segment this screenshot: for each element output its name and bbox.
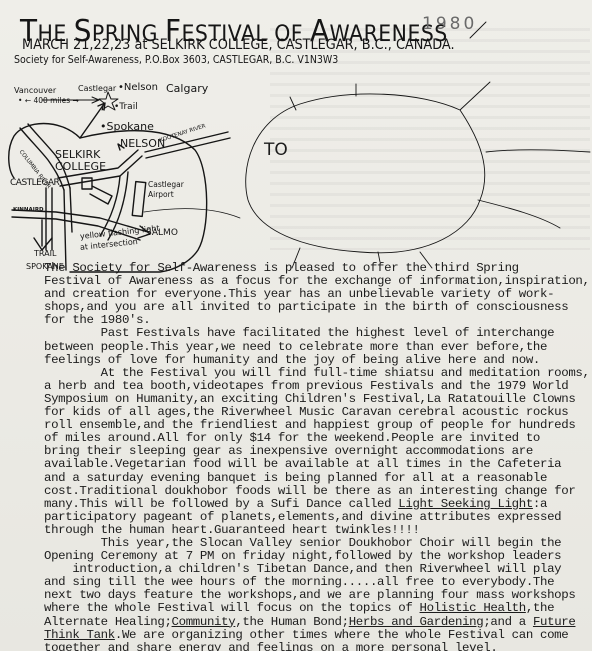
text-segment: available.Vegetarian food will be availa… bbox=[44, 457, 561, 471]
text-segment: next two days feature the workshops,and … bbox=[44, 588, 575, 602]
text-segment: together and share energy and feelings o… bbox=[44, 641, 497, 651]
map-label-spokane-inset: •Spokane bbox=[100, 120, 154, 133]
text-segment: and creation for everyone.This year has … bbox=[44, 287, 554, 301]
text-segment: roll ensemble,and the friendliest and ha… bbox=[44, 418, 575, 432]
underlined-title: Herbs and Gardening bbox=[349, 615, 484, 629]
text-segment: cost.Traditional doukhobor foods will be… bbox=[44, 484, 575, 498]
map-label-castlegar-inset: Castlegar bbox=[78, 84, 116, 93]
text-segment: Symposium on Humanity,an exciting Childr… bbox=[44, 392, 575, 406]
underlined-title: Holistic Health bbox=[420, 601, 526, 615]
text-segment: This year,the Slocan Valley senior Doukh… bbox=[44, 536, 561, 550]
map-label-trail-inset: •Trail bbox=[114, 102, 138, 112]
underlined-title: Think Tank bbox=[44, 628, 115, 642]
text-segment: shops,and you are all invited to partici… bbox=[44, 300, 568, 314]
map-label-kinnaird: KINNAIRD bbox=[13, 207, 44, 213]
text-segment: Festival of Awareness as a focus for the… bbox=[44, 274, 590, 288]
map-label-vancouver: Vancouver bbox=[14, 86, 56, 95]
underlined-title: Future bbox=[533, 615, 576, 629]
text-segment: of miles around.All for only $14 for the… bbox=[44, 431, 540, 445]
text-segment: introduction,a children's Tibetan Dance,… bbox=[44, 562, 561, 576]
map-label-castlegar: CASTLEGAR bbox=[10, 178, 59, 188]
map-label-trail: TRAIL bbox=[34, 249, 56, 258]
text-segment: ;and a bbox=[483, 615, 533, 629]
text-segment: Past Festivals have facilitated the high… bbox=[44, 326, 554, 340]
text-segment: ,the Human Bond; bbox=[235, 615, 348, 629]
map-label-distance: • ← 400 miles → bbox=[18, 96, 79, 105]
text-segment: .We are organizing other times where the… bbox=[115, 628, 568, 642]
text-segment: feelings of love for humanity and the jo… bbox=[44, 353, 540, 367]
map-label-airport-1: Castlegar bbox=[148, 180, 184, 189]
flyer-body-text: The Society for Self-Awareness is please… bbox=[44, 262, 592, 651]
text-segment: Opening Ceremony at 7 PM on friday night… bbox=[44, 549, 561, 563]
address-to-label: TO bbox=[264, 140, 288, 160]
text-segment: participatory pageant of planets,element… bbox=[44, 510, 561, 524]
text-segment: for kids of all ages,the Riverwheel Musi… bbox=[44, 405, 568, 419]
text-segment: for the 1980's. bbox=[44, 313, 150, 327]
map-label-nelson-inset: •Nelson bbox=[118, 82, 158, 93]
text-segment: a herb and tea booth,videotapes from pre… bbox=[44, 379, 568, 393]
text-segment: Alternate Healing; bbox=[44, 615, 172, 629]
underlined-title: Community bbox=[172, 615, 236, 629]
text-segment: At the Festival you will find full-time … bbox=[44, 366, 590, 380]
text-segment: many.This will be followed by a Sufi Dan… bbox=[44, 497, 398, 511]
text-segment: bring their sleeping gear as inexpensive… bbox=[44, 444, 533, 458]
text-segment: The Society for Self-Awareness is please… bbox=[44, 261, 519, 275]
map-label-calgary: Calgary bbox=[166, 82, 208, 95]
text-segment: :a bbox=[533, 497, 547, 511]
text-segment: ,the bbox=[526, 601, 554, 615]
text-segment: between people.This year,we need to cele… bbox=[44, 340, 547, 354]
map-label-college: COLLEGE bbox=[55, 160, 106, 173]
underlined-title: Light Seeking Light bbox=[398, 497, 533, 511]
text-segment: and sing till the wee hours of the morni… bbox=[44, 575, 554, 589]
text-segment: where the whole Festival will focus on t… bbox=[44, 601, 420, 615]
text-segment: and a saturday evening banquet is being … bbox=[44, 471, 547, 485]
map-label-airport-2: Airport bbox=[148, 190, 174, 199]
text-line: together and share energy and feelings o… bbox=[44, 642, 592, 651]
text-segment: through the human heart.Guaranteed heart… bbox=[44, 523, 420, 537]
